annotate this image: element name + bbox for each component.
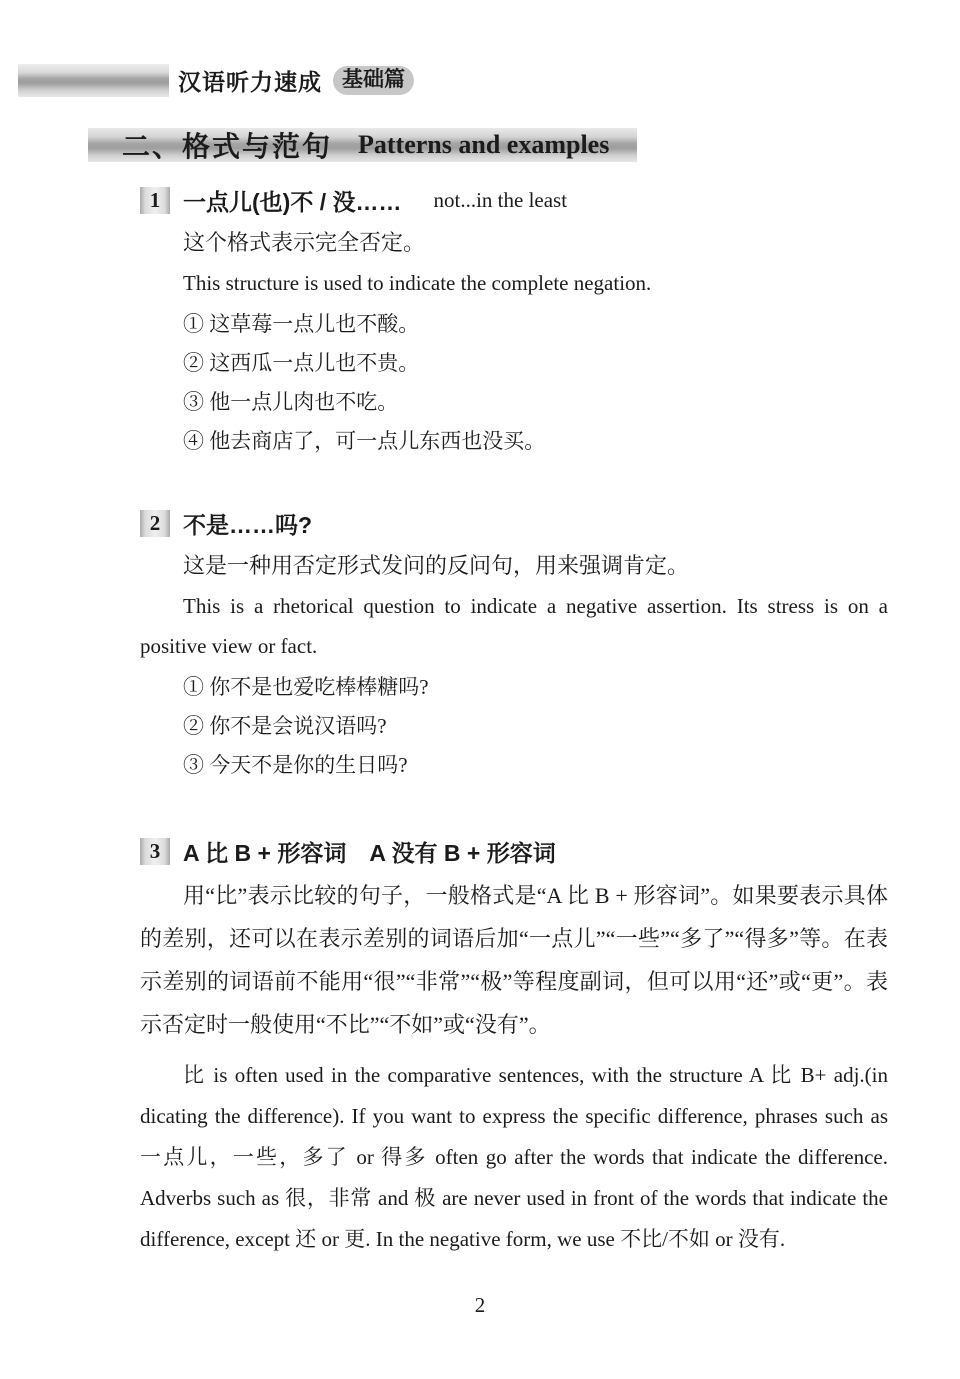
example-list: ① 这草莓一点儿也不酸。 ② 这西瓜一点儿也不贵。 ③ 他一点儿肉也不吃。 ④ … (183, 305, 888, 461)
item-desc-zh: 用“比”表示比较的句子，一般格式是“A 比 B + 形容词”。如果要表示具体的差… (140, 874, 888, 1046)
example-sentence: ④ 他去商店了，可一点儿东西也没买。 (183, 422, 888, 461)
item-number-badge: 3 (140, 838, 170, 865)
section-title-en: Patterns and examples (358, 130, 609, 160)
item-number-badge: 1 (140, 187, 170, 214)
item-3-heading: 3 A 比 B + 形容词 A 没有 B + 形容词 (140, 835, 888, 868)
item-1-heading: 1 一点儿(也)不 / 没…… not...in the least (140, 184, 888, 217)
page-number: 2 (0, 1293, 960, 1318)
header-decorative-bar (18, 64, 169, 97)
grammar-item-1: 1 一点儿(也)不 / 没…… not...in the least 这个格式表… (140, 184, 888, 461)
item-title-zh: 不是……吗? (183, 507, 312, 540)
item-title-zh: A 比 B + 形容词 A 没有 B + 形容词 (183, 835, 556, 868)
section-title-bar: 二、格式与范句 Patterns and examples (88, 128, 637, 162)
item-desc-zh: 这是一种用否定形式发问的反问句，用来强调肯定。 (183, 546, 888, 586)
item-desc-zh: 这个格式表示完全否定。 (183, 223, 888, 263)
item-desc-en: This is a rhetorical question to indicat… (140, 586, 888, 666)
item-title-zh: 一点儿(也)不 / 没…… (183, 184, 402, 217)
example-sentence: ① 你不是也爱吃棒棒糖吗? (183, 668, 888, 707)
example-sentence: ② 你不是会说汉语吗? (183, 707, 888, 746)
page-content: 1 一点儿(也)不 / 没…… not...in the least 这个格式表… (140, 184, 888, 1260)
page-header: 汉语听力速成 基础篇 (18, 64, 414, 97)
item-2-heading: 2 不是……吗? (140, 507, 888, 540)
grammar-item-3: 3 A 比 B + 形容词 A 没有 B + 形容词 用“比”表示比较的句子，一… (140, 835, 888, 1260)
example-sentence: ① 这草莓一点儿也不酸。 (183, 305, 888, 344)
example-sentence: ② 这西瓜一点儿也不贵。 (183, 344, 888, 383)
item-title-en: not...in the least (434, 188, 568, 213)
book-title: 汉语听力速成 (178, 64, 322, 97)
book-level-badge: 基础篇 (333, 66, 414, 94)
item-desc-en: 比 is often used in the comparative sente… (140, 1055, 888, 1260)
example-sentence: ③ 今天不是你的生日吗? (183, 746, 888, 785)
item-number-badge: 2 (140, 510, 170, 537)
item-desc-en: This structure is used to indicate the c… (140, 263, 888, 303)
section-title-zh: 二、格式与范句 (122, 125, 332, 165)
example-list: ① 你不是也爱吃棒棒糖吗? ② 你不是会说汉语吗? ③ 今天不是你的生日吗? (183, 668, 888, 785)
grammar-item-2: 2 不是……吗? 这是一种用否定形式发问的反问句，用来强调肯定。 This is… (140, 507, 888, 785)
example-sentence: ③ 他一点儿肉也不吃。 (183, 383, 888, 422)
